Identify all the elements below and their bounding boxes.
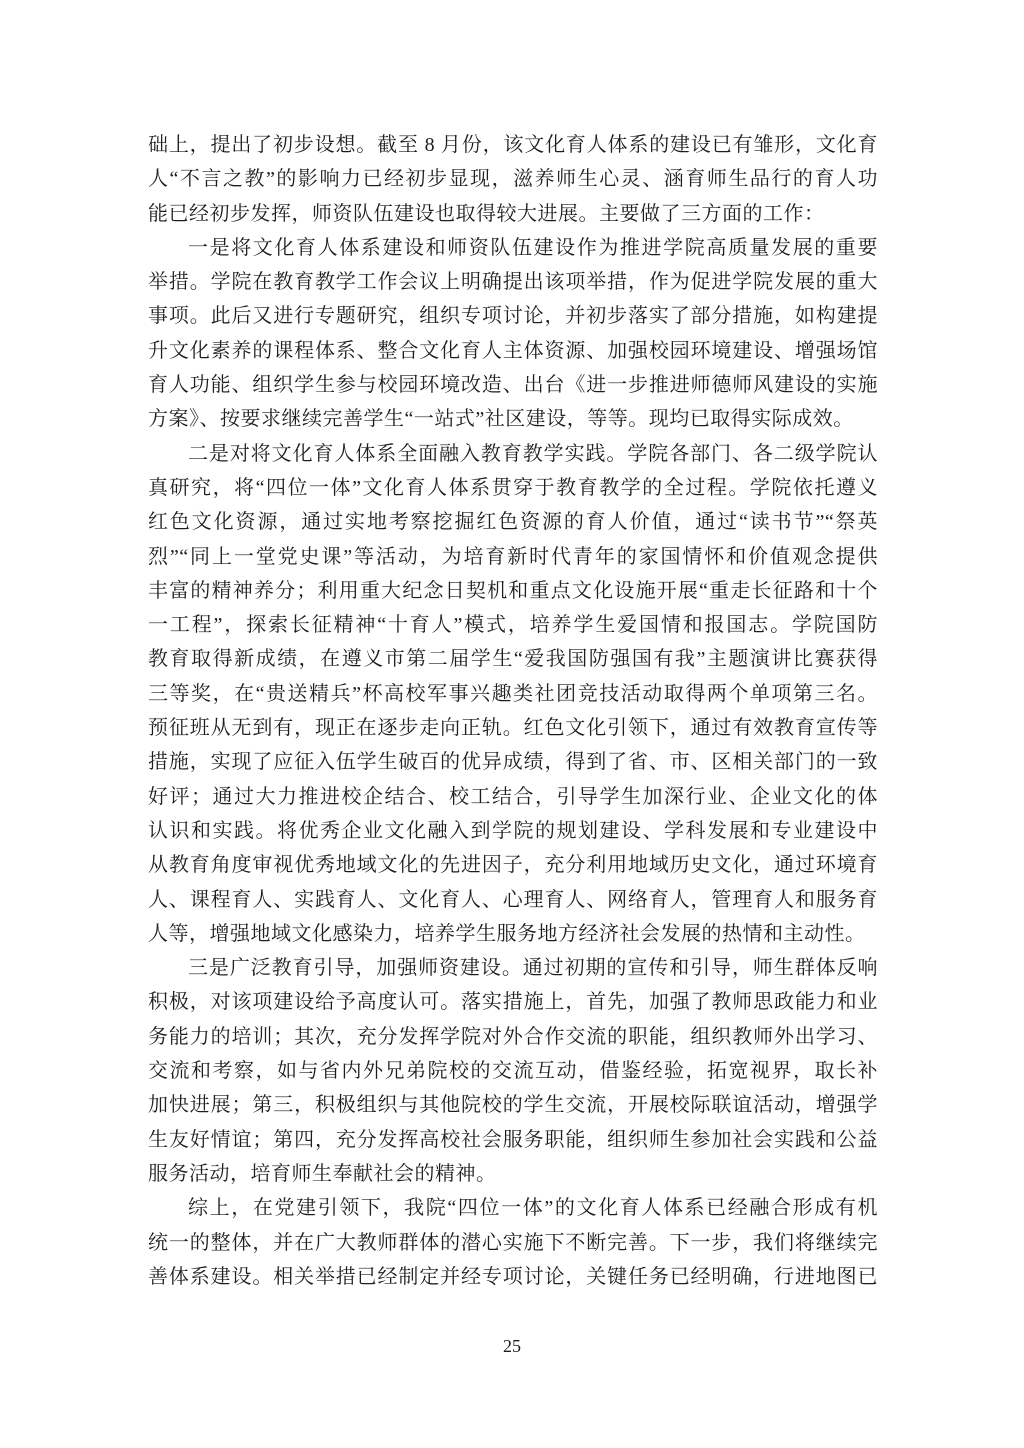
text-line: 一是将文化育人体系建设和师资队伍建设作为推进学院高质量发展的重要 (148, 231, 878, 265)
text-line: 能已经初步发挥，师资队伍建设也取得较大进展。主要做了三方面的工作： (148, 197, 878, 231)
text-line: 人“不言之教”的影响力已经初步显现，滋养师生心灵、涵育师生品行的育人功 (148, 162, 878, 196)
text-line: 积极，对该项建设给予高度认可。落实措施上，首先，加强了教师思政能力和业 (148, 985, 878, 1019)
text-line: 真研究，将“四位一体”文化育人体系贯穿于教育教学的全过程。学院依托遵义 (148, 471, 878, 505)
text-line: 础上，提出了初步设想。截至 8 月份，该文化育人体系的建设已有雏形，文化育 (148, 128, 878, 162)
text-line: 服务活动，培育师生奉献社会的精神。 (148, 1157, 878, 1191)
text-line: 综上，在党建引领下，我院“四位一体”的文化育人体系已经融合形成有机 (148, 1191, 878, 1225)
text-line: 红色文化资源，通过实地考察挖掘红色资源的育人价值，通过“读书节”“祭英 (148, 505, 878, 539)
text-line: 认识和实践。将优秀企业文化融入到学院的规划建设、学科发展和专业建设中来； (148, 814, 878, 848)
text-line: 交流和考察，如与省内外兄弟院校的交流互动，借鉴经验，拓宽视界，取长补短， (148, 1054, 878, 1088)
text-line: 教育取得新成绩，在遵义市第二届学生“爱我国防强国有我”主题演讲比赛获得 (148, 642, 878, 676)
text-line: 人、课程育人、实践育人、文化育人、心理育人、网络育人，管理育人和服务育 (148, 883, 878, 917)
paragraph: 础上，提出了初步设想。截至 8 月份，该文化育人体系的建设已有雏形，文化育 人“… (148, 128, 878, 231)
text-line: 二是对将文化育人体系全面融入教育教学实践。学院各部门、各二级学院认 (148, 437, 878, 471)
text-line: 务能力的培训；其次，充分发挥学院对外合作交流的职能，组织教师外出学习、 (148, 1020, 878, 1054)
text-line: 三等奖，在“贵送精兵”杯高校军事兴趣类社团竞技活动取得两个单项第三名。 (148, 677, 878, 711)
text-line: 烈”“同上一堂党史课”等活动，为培育新时代青年的家国情怀和价值观念提供 (148, 540, 878, 574)
text-line: 生友好情谊；第四，充分发挥高校社会服务职能，组织师生参加社会实践和公益 (148, 1123, 878, 1157)
text-line: 三是广泛教育引导，加强师资建设。通过初期的宣传和引导，师生群体反响 (148, 951, 878, 985)
text-line: 事项。此后又进行专题研究，组织专项讨论，并初步落实了部分措施，如构建提 (148, 299, 878, 333)
text-line: 丰富的精神养分；利用重大纪念日契机和重点文化设施开展“重走长征路和十个 (148, 574, 878, 608)
paragraph: 综上，在党建引领下，我院“四位一体”的文化育人体系已经融合形成有机 统一的整体，… (148, 1191, 878, 1294)
text-line: 善体系建设。相关举措已经制定并经专项讨论，关键任务已经明确，行进地图已 (148, 1260, 878, 1294)
text-line: 措施，实现了应征入伍学生破百的优异成绩，得到了省、市、区相关部门的一致 (148, 745, 878, 779)
paragraph: 一是将文化育人体系建设和师资队伍建设作为推进学院高质量发展的重要 举措。学院在教… (148, 231, 878, 437)
text-line: 育人功能、组织学生参与校园环境改造、出台《进一步推进师德师风建设的实施 (148, 368, 878, 402)
text-line: 预征班从无到有，现正在逐步走向正轨。红色文化引领下，通过有效教育宣传等 (148, 711, 878, 745)
text-line: 举措。学院在教育教学工作会议上明确提出该项举措，作为促进学院发展的重大 (148, 265, 878, 299)
text-line: 升文化素养的课程体系、整合文化育人主体资源、加强校园环境建设、增强场馆 (148, 334, 878, 368)
text-line: 方案》、按要求继续完善学生“一站式”社区建设，等等。现均已取得实际成效。 (148, 402, 878, 436)
text-line: 一工程”，探索长征精神“十育人”模式，培养学生爱国情和报国志。学院国防 (148, 608, 878, 642)
paragraph: 二是对将文化育人体系全面融入教育教学实践。学院各部门、各二级学院认 真研究，将“… (148, 437, 878, 951)
text-line: 从教育角度审视优秀地域文化的先进因子，充分利用地域历史文化，通过环境育 (148, 848, 878, 882)
text-line: 好评；通过大力推进校企结合、校工结合，引导学生加深行业、企业文化的体会、 (148, 780, 878, 814)
text-line: 加快进展；第三，积极组织与其他院校的学生交流，开展校际联谊活动，增强学 (148, 1088, 878, 1122)
document-page: 础上，提出了初步设想。截至 8 月份，该文化育人体系的建设已有雏形，文化育 人“… (0, 0, 1024, 1448)
paragraph: 三是广泛教育引导，加强师资建设。通过初期的宣传和引导，师生群体反响 积极，对该项… (148, 951, 878, 1191)
text-line: 人等，增强地域文化感染力，培养学生服务地方经济社会发展的热情和主动性。 (148, 917, 878, 951)
document-body: 础上，提出了初步设想。截至 8 月份，该文化育人体系的建设已有雏形，文化育 人“… (148, 128, 878, 1294)
page-number: 25 (0, 1336, 1024, 1357)
text-line: 统一的整体，并在广大教师群体的潜心实施下不断完善。下一步，我们将继续完 (148, 1226, 878, 1260)
